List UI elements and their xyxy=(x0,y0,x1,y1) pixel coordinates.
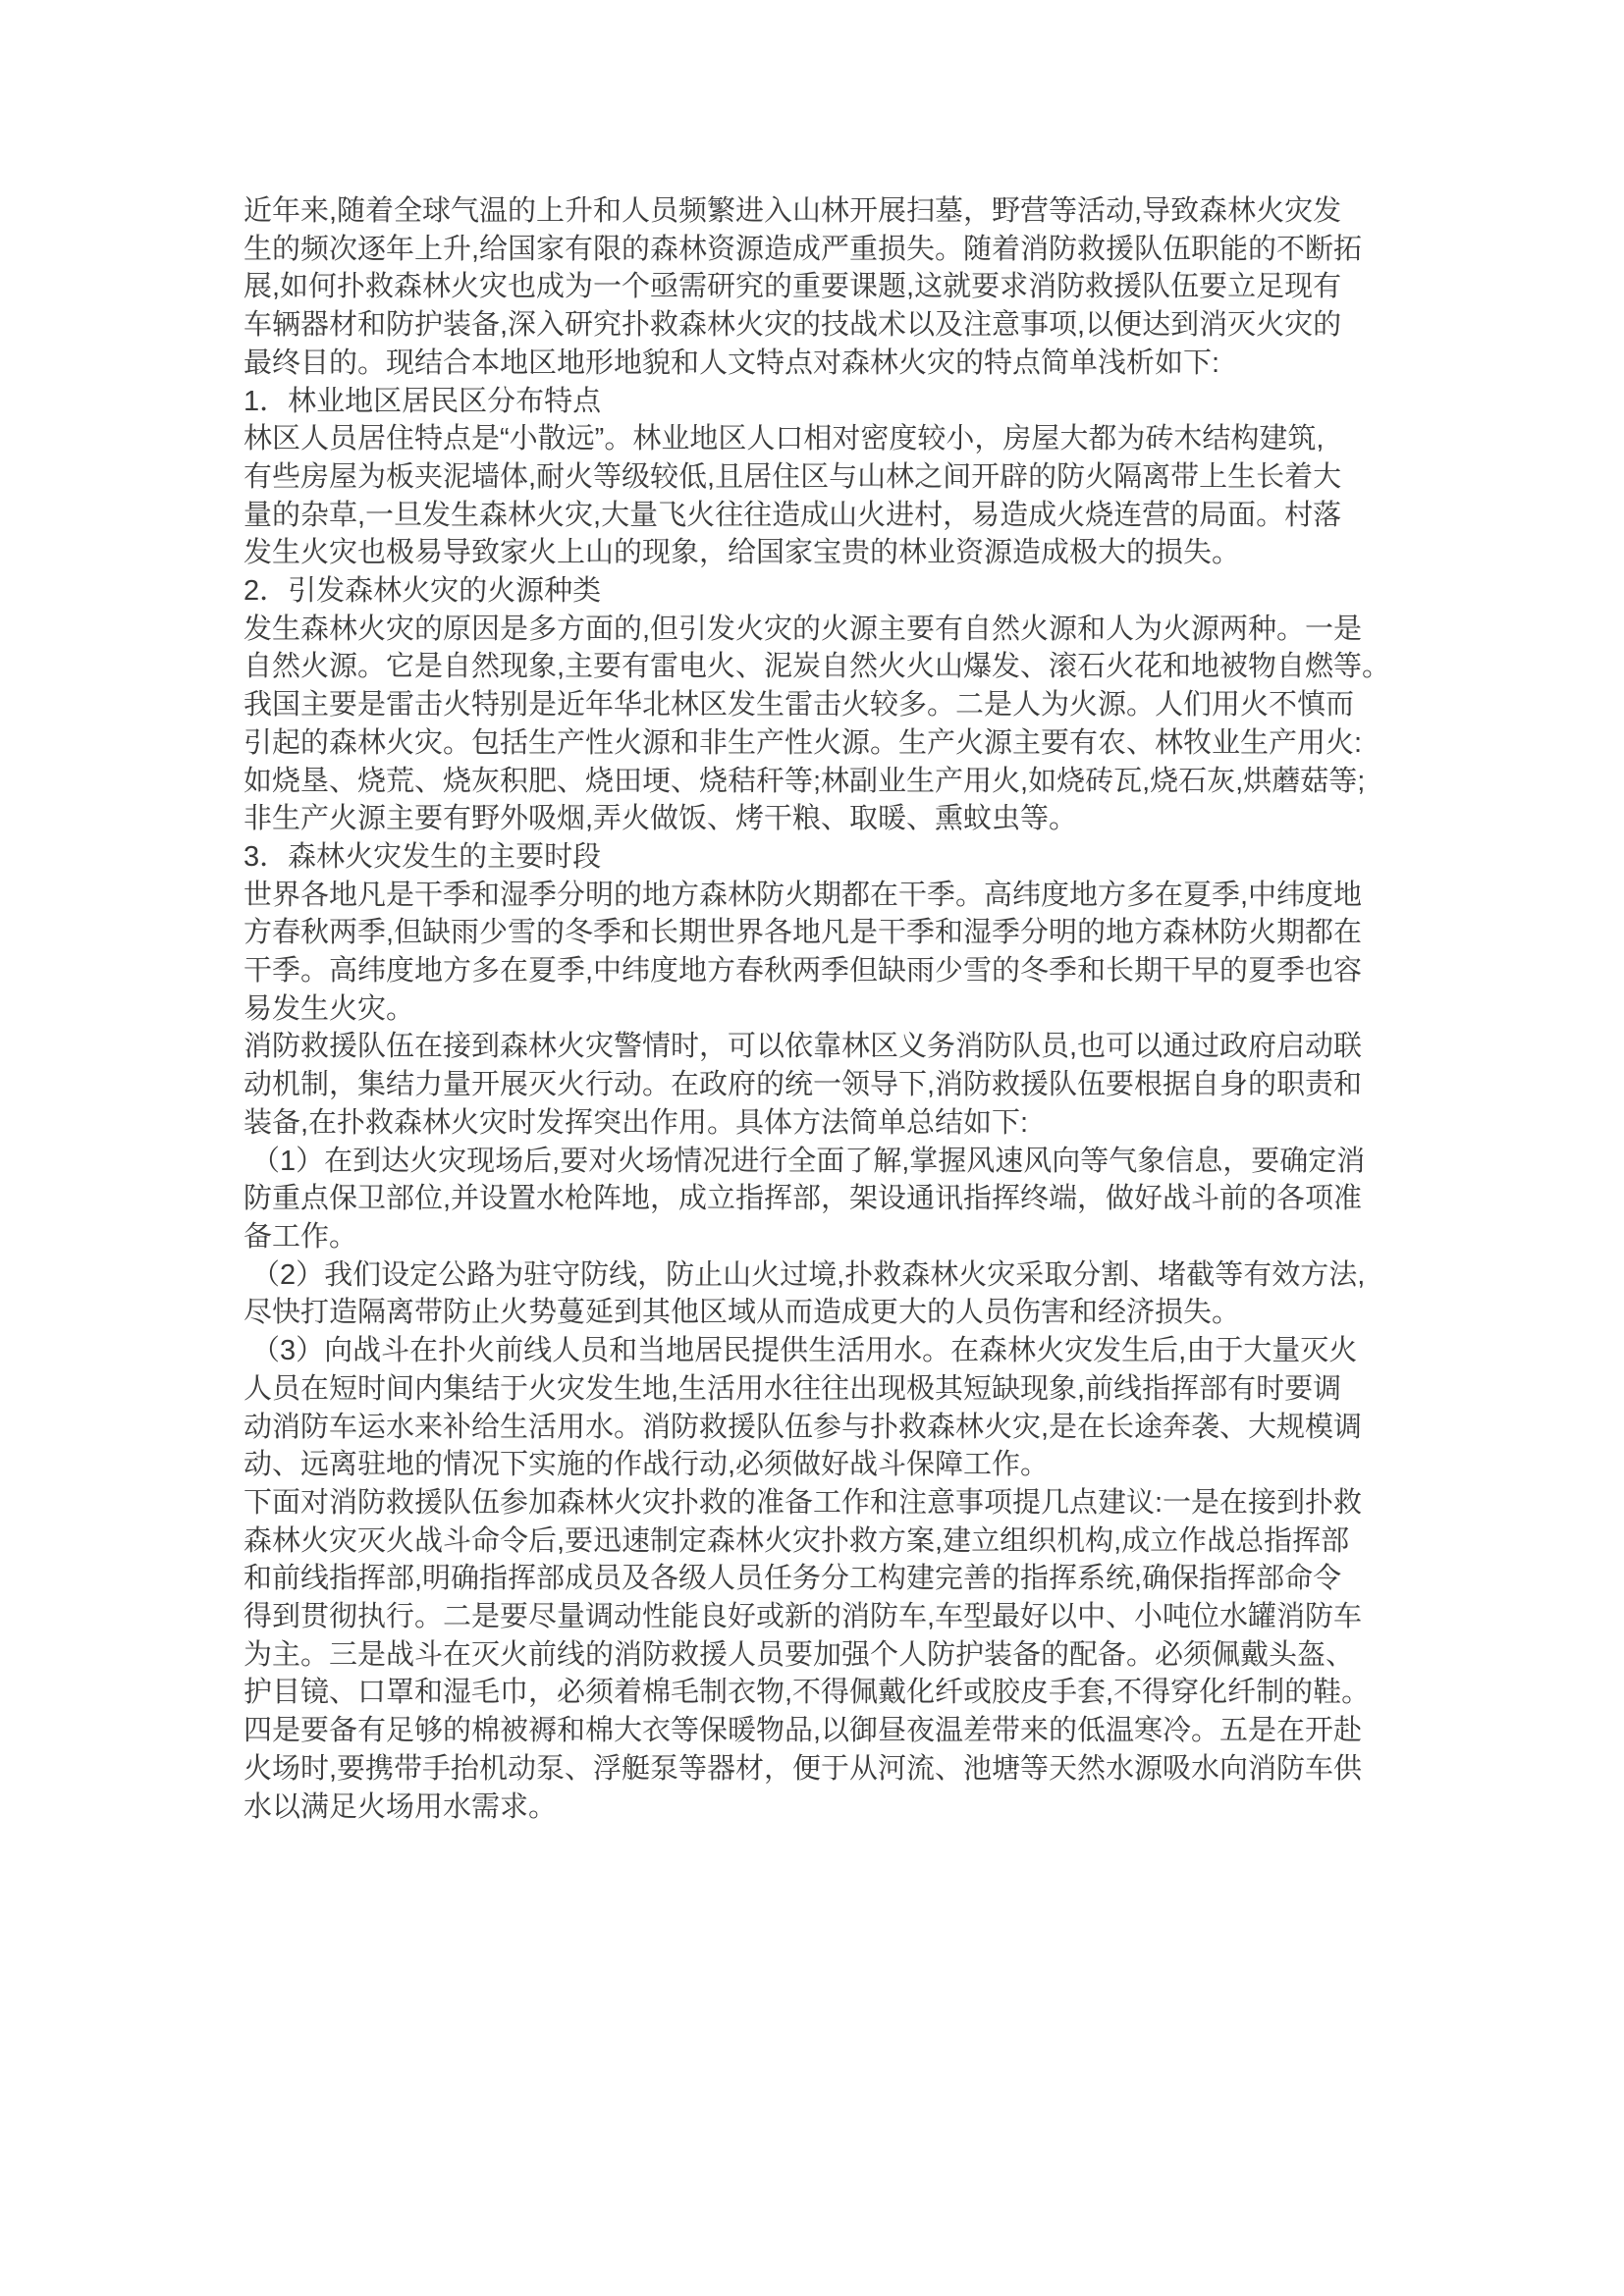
text-line: 引起的森林火灾。包括生产性火源和非生产性火源。生产火源主要有农、林牧业生产用火: xyxy=(244,724,1392,763)
text-line: 四是要备有足够的棉被褥和棉大衣等保暖物品,以御昼夜温差带来的低温寒冷。五是在开赴 xyxy=(244,1712,1392,1750)
text-line: 量的杂草,一旦发生森林火灾,大量飞火往往造成山火进村，易造成火烧连营的局面。村落 xyxy=(244,497,1392,535)
text-line: 下面对消防救援队伍参加森林火灾扑救的准备工作和注意事项提几点建议:一是在接到扑救 xyxy=(244,1484,1392,1522)
text-line: 防重点保卫部位,并设置水枪阵地，成立指挥部，架设通讯指挥终端，做好战斗前的各项准 xyxy=(244,1180,1392,1218)
text-line: 如烧垦、烧荒、烧灰积肥、烧田埂、烧秸秆等;林副业生产用火,如烧砖瓦,烧石灰,烘蘑… xyxy=(244,763,1392,801)
section-heading-2: 2．引发森林火灾的火源种类 xyxy=(244,572,1392,611)
text-line: 和前线指挥部,明确指挥部成员及各级人员任务分工构建完善的指挥系统,确保指挥部命令 xyxy=(244,1560,1392,1598)
text-line: （1）在到达火灾现场后,要对火场情况进行全面了解,掌握风速风向等气象信息，要确定… xyxy=(244,1143,1392,1181)
text-line: 动机制，集结力量开展灭火行动。在政府的统一领导下,消防救援队伍要根据自身的职责和 xyxy=(244,1066,1392,1104)
text-line: 水以满足火场用水需求。 xyxy=(244,1789,1392,1827)
text-line: 备工作。 xyxy=(244,1218,1392,1256)
text-line: 人员在短时间内集结于火灾发生地,生活用水往往出现极其短缺现象,前线指挥部有时要调 xyxy=(244,1370,1392,1409)
text-line: 森林火灾灭火战斗命令后,要迅速制定森林火灾扑救方案,建立组织机构,成立作战总指挥… xyxy=(244,1522,1392,1561)
text-line: 动、远离驻地的情况下实施的作战行动,必须做好战斗保障工作。 xyxy=(244,1446,1392,1484)
text-line: 发生森林火灾的原因是多方面的,但引发火灾的火源主要有自然火源和人为火源两种。一是 xyxy=(244,611,1392,649)
text-line: 为主。三是战斗在灭火前线的消防救援人员要加强个人防护装备的配备。必须佩戴头盔、 xyxy=(244,1636,1392,1675)
section-heading-3: 3．森林火灾发生的主要时段 xyxy=(244,838,1392,877)
text-line: （3）向战斗在扑火前线人员和当地居民提供生活用水。在森林火灾发生后,由于大量灭火 xyxy=(244,1332,1392,1370)
text-line: 尽快打造隔离带防止火势蔓延到其他区域从而造成更大的人员伤害和经济损失。 xyxy=(244,1294,1392,1332)
text-line: 护目镜、口罩和湿毛巾，必须着棉毛制衣物,不得佩戴化纤或胶皮手套,不得穿化纤制的鞋… xyxy=(244,1674,1392,1712)
text-line: 动消防车运水来补给生活用水。消防救援队伍参与扑救森林火灾,是在长途奔袭、大规模调 xyxy=(244,1409,1392,1447)
document-text-block: 近年来,随着全球气温的上升和人员频繁进入山林开展扫墓，野营等活动,导致森林火灾发… xyxy=(244,192,1392,1826)
text-line: （2）我们设定公路为驻守防线，防止山火过境,扑救森林火灾采取分割、堵截等有效方法… xyxy=(244,1256,1392,1295)
text-line: 车辆器材和防护装备,深入研究扑救森林火灾的技战术以及注意事项,以便达到消灭火灾的 xyxy=(244,306,1392,345)
text-line: 方春秋两季,但缺雨少雪的冬季和长期世界各地凡是干季和湿季分明的地方森林防火期都在 xyxy=(244,914,1392,952)
text-line: 展,如何扑救森林火灾也成为一个亟需研究的重要课题,这就要求消防救援队伍要立足现有 xyxy=(244,268,1392,306)
text-line: 干季。高纬度地方多在夏季,中纬度地方春秋两季但缺雨少雪的冬季和长期干早的夏季也容 xyxy=(244,952,1392,990)
document-page: 近年来,随着全球气温的上升和人员频繁进入山林开展扫墓，野营等活动,导致森林火灾发… xyxy=(0,0,1624,2296)
text-line: 世界各地凡是干季和湿季分明的地方森林防火期都在干季。高纬度地方多在夏季,中纬度地 xyxy=(244,877,1392,915)
text-line: 最终目的。现结合本地区地形地貌和人文特点对森林火灾的特点简单浅析如下: xyxy=(244,345,1392,383)
text-line: 有些房屋为板夹泥墙体,耐火等级较低,且居住区与山林之间开辟的防火隔离带上生长着大 xyxy=(244,458,1392,497)
text-line: 消防救援队伍在接到森林火灾警情时，可以依靠林区义务消防队员,也可以通过政府启动联 xyxy=(244,1028,1392,1066)
text-line: 近年来,随着全球气温的上升和人员频繁进入山林开展扫墓，野营等活动,导致森林火灾发 xyxy=(244,192,1392,231)
text-line: 林区人员居住特点是“小散远”。林业地区人口相对密度较小，房屋大都为砖木结构建筑, xyxy=(244,420,1392,458)
section-heading-1: 1．林业地区居民区分布特点 xyxy=(244,383,1392,421)
text-line: 我国主要是雷击火特别是近年华北林区发生雷击火较多。二是人为火源。人们用火不慎而 xyxy=(244,686,1392,724)
text-line: 易发生火灾。 xyxy=(244,990,1392,1029)
text-line: 生的频次逐年上升,给国家有限的森林资源造成严重损失。随着消防救援队伍职能的不断拓 xyxy=(244,231,1392,269)
text-line: 自然火源。它是自然现象,主要有雷电火、泥炭自然火火山爆发、滚石火花和地被物自燃等… xyxy=(244,648,1392,686)
text-line: 非生产火源主要有野外吸烟,弄火做饭、烤干粮、取暖、熏蚊虫等。 xyxy=(244,800,1392,838)
text-line: 装备,在扑救森林火灾时发挥突出作用。具体方法简单总结如下: xyxy=(244,1104,1392,1143)
text-line: 发生火灾也极易导致家火上山的现象，给国家宝贵的林业资源造成极大的损失。 xyxy=(244,534,1392,572)
text-line: 火场时,要携带手抬机动泵、浮艇泵等器材，便于从河流、池塘等天然水源吸水向消防车供 xyxy=(244,1750,1392,1789)
text-line: 得到贯彻执行。二是要尽量调动性能良好或新的消防车,车型最好以中、小吨位水罐消防车 xyxy=(244,1598,1392,1636)
